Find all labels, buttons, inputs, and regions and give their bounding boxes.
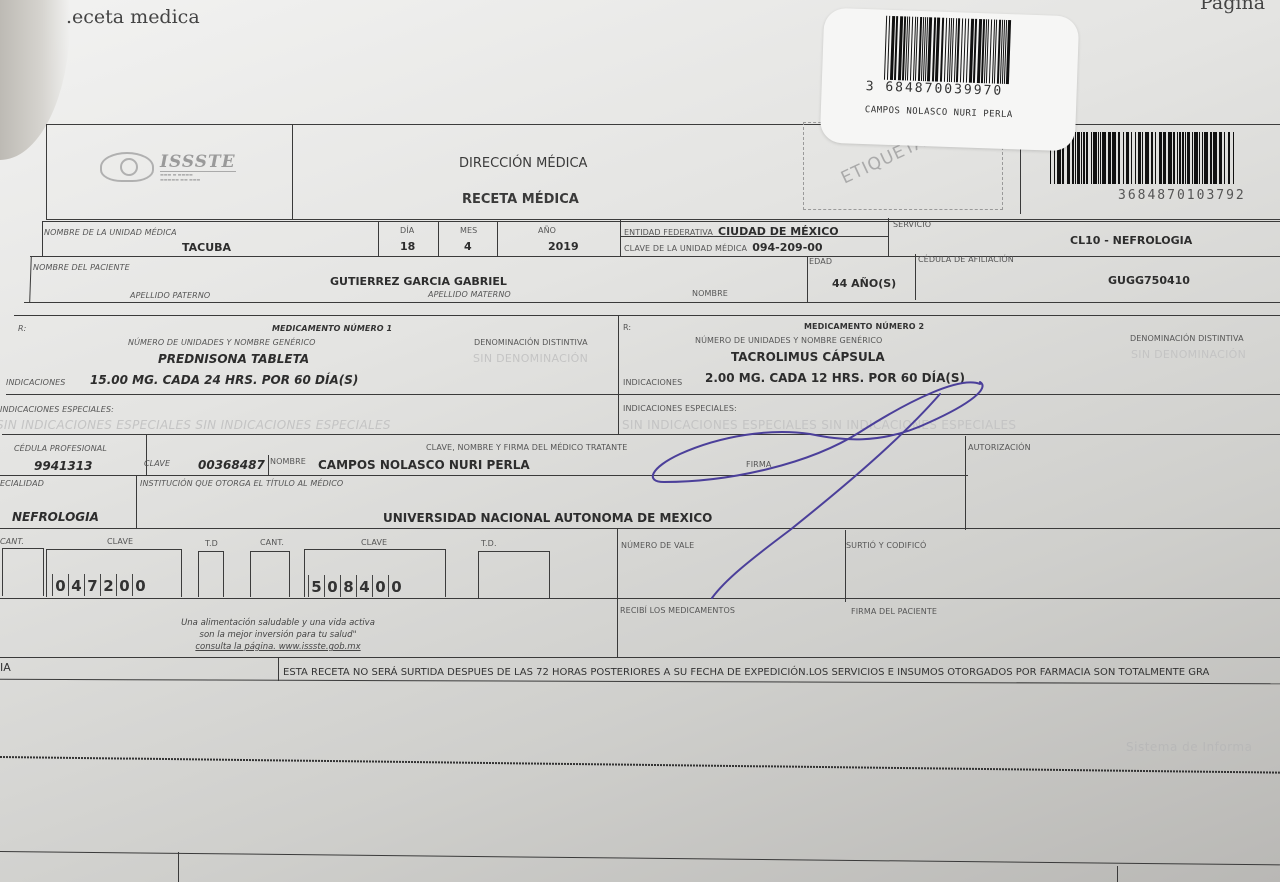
promo-line-2: son la mejor inversión para tu salud"	[158, 629, 398, 641]
maternal-label: APELLIDO MATERNO	[428, 290, 511, 299]
divider	[42, 221, 43, 256]
health-promo-text: Una alimentación saludable y una vida ac…	[158, 617, 398, 653]
divider	[29, 256, 32, 302]
divider	[30, 256, 1280, 257]
r-label: R:	[18, 324, 26, 333]
day-label: DÍA	[400, 226, 414, 235]
key-digit: 5	[308, 575, 324, 597]
divider	[915, 254, 916, 300]
divider	[278, 657, 279, 681]
divider	[14, 315, 1280, 316]
left-fragment: IA	[0, 661, 11, 674]
generic-label: NÚMERO DE UNIDADES Y NOMBRE GENÉRICO	[128, 338, 316, 347]
doctor-header-label: CLAVE, NOMBRE Y FIRMA DEL MÉDICO TRATANT…	[426, 443, 627, 452]
authorization-label: AUTORIZACIÓN	[968, 443, 1031, 452]
specialty-label: ECIALIDAD	[0, 479, 44, 488]
divider	[438, 221, 439, 256]
unit-name: TACUBA	[182, 241, 231, 254]
affiliation-label: CÉDULA DE AFILIACIÓN	[918, 255, 1014, 264]
td-label-2: T.D.	[481, 539, 497, 548]
key-digits-1: 047200	[52, 574, 148, 596]
perforation-line	[0, 756, 1280, 774]
divider	[497, 221, 498, 256]
divider	[6, 394, 1280, 395]
special-label: INDICACIONES ESPECIALES:	[623, 404, 737, 413]
generic-name: TACROLIMUS CÁPSULA	[731, 350, 885, 364]
age-label: EDAD	[809, 257, 832, 266]
key-digit: 0	[324, 575, 340, 597]
barcode-icon	[1050, 132, 1236, 184]
medication-heading: MEDICAMENTO NÚMERO 2	[804, 322, 924, 331]
institution-value: UNIVERSIDAD NACIONAL AUTONOMA DE MEXICO	[383, 511, 712, 525]
form-title: RECETA MÉDICA	[462, 192, 579, 207]
generic-name: PREDNISONA TABLETA	[158, 352, 309, 366]
expiry-warning: ESTA RECETA NO SERÁ SURTIDA DESPUES DE L…	[283, 667, 1209, 678]
divider	[136, 476, 137, 528]
indications-value: 2.00 MG. CADA 12 HRS. POR 60 DÍA(S)	[705, 371, 965, 385]
doctor-name-label: NOMBRE	[270, 457, 306, 466]
signature-label: FIRMA	[746, 460, 771, 469]
divider	[0, 528, 1280, 529]
generic-label: NÚMERO DE UNIDADES Y NOMBRE GENÉRICO	[695, 336, 882, 345]
unit-code-label: CLAVE DE LA UNIDAD MÉDICA	[624, 244, 747, 253]
specialty-value: NEFROLOGIA	[12, 510, 99, 524]
divider	[965, 436, 966, 530]
institution-label: INSTITUCIÓN QUE OTORGA EL TÍTULO AL MÉDI…	[140, 479, 343, 488]
supplied-label: SURTIÓ Y CODIFICÓ	[846, 541, 926, 550]
affiliation-value: GUGG750410	[1108, 274, 1190, 287]
system-footer-text: Sistema de Informa	[1126, 740, 1252, 754]
page-label: Pagina	[1200, 0, 1265, 14]
td-box-2[interactable]	[478, 551, 550, 599]
key-digit: 0	[132, 574, 148, 596]
special-value: SIN INDICACIONES ESPECIALES SIN INDICACI…	[0, 418, 391, 432]
divider	[620, 220, 621, 256]
month-label: MES	[460, 226, 477, 235]
year-value: 2019	[548, 240, 579, 253]
service-value: CL10 - NEFROLOGIA	[1070, 234, 1192, 247]
doctor-barcode-sticker: 3 684870039970 CAMPOS NOLASCO NURI PERLA	[820, 8, 1080, 152]
promo-line-1: Una alimentación saludable y una vida ac…	[158, 617, 398, 629]
license-label: CÉDULA PROFESIONAL	[14, 444, 107, 453]
divider	[0, 657, 1280, 658]
key-digit: 4	[68, 574, 84, 596]
issste-logo: ISSSTE ▬▬▬ ▬ ▬▬▬▬▬▬▬▬▬ ▬▬ ▬▬▬	[100, 152, 236, 182]
divider	[146, 434, 147, 476]
key-digit: 8	[340, 575, 356, 597]
r-label: R:	[623, 323, 631, 332]
divider	[2, 434, 1280, 435]
td-label-1: T.D	[205, 539, 218, 548]
paternal-label: APELLIDO PATERNO	[130, 291, 210, 300]
sticker-doctor-name: CAMPOS NOLASCO NURI PERLA	[865, 105, 1013, 120]
issste-hands-icon	[100, 152, 154, 182]
license-value: 9941313	[34, 459, 92, 473]
td-box-1[interactable]	[198, 551, 224, 597]
service-label: SERVICIO	[893, 220, 931, 229]
form-barcode-number: 3684870103792	[1118, 188, 1246, 203]
key-digit: 4	[356, 575, 372, 597]
logo-text: ISSSTE	[160, 153, 236, 172]
distinctive-value: SIN DENOMINACIÓN	[1131, 348, 1246, 361]
special-label: INDICACIONES ESPECIALES:	[0, 405, 114, 414]
unit-code-field: CLAVE DE LA UNIDAD MÉDICA 094-209-00	[624, 236, 823, 255]
indications-value: 15.00 MG. CADA 24 HRS. POR 60 DÍA(S)	[90, 373, 358, 387]
day-value: 18	[400, 240, 415, 253]
key-digit: 0	[52, 574, 68, 596]
distinctive-label: DENOMINACIÓN DISTINTIVA	[1130, 334, 1244, 343]
key-digit: 2	[100, 574, 116, 596]
divider	[24, 302, 1280, 303]
key-digit: 0	[388, 575, 404, 597]
special-value: SIN INDICACIONES ESPECIALES SIN INDICACI…	[622, 418, 1016, 432]
divider	[268, 455, 269, 475]
distinctive-value: SIN DENOMINACIÓN	[473, 352, 588, 365]
year-label: AÑO	[538, 226, 556, 235]
voucher-label: NÚMERO DE VALE	[621, 541, 694, 550]
barcode-icon	[884, 16, 1013, 84]
promo-link[interactable]: consulta la página. www.issste.gob.mx	[158, 641, 398, 653]
patient-name-label: NOMBRE DEL PACIENTE	[33, 263, 130, 272]
divider	[0, 598, 1280, 599]
logo-subtext: ▬▬▬ ▬ ▬▬▬▬▬▬▬▬▬ ▬▬ ▬▬▬	[160, 172, 236, 182]
month-value: 4	[464, 240, 472, 253]
key-digit: 7	[84, 574, 100, 596]
divider	[618, 315, 619, 435]
unit-code-value: 094-209-00	[752, 241, 822, 254]
divider	[888, 218, 889, 256]
qty-label-2: CANT.	[260, 538, 284, 547]
unit-name-label: NOMBRE DE LA UNIDAD MÉDICA	[44, 228, 177, 237]
indications-label: INDICACIONES	[6, 378, 65, 387]
indications-label: INDICACIONES	[623, 378, 682, 387]
age-value: 44 AÑO(S)	[832, 277, 896, 290]
patient-name: GUTIERREZ GARCIA GABRIEL	[330, 275, 507, 288]
form-barcode	[1050, 132, 1236, 184]
divider	[0, 851, 1280, 865]
doctor-key: 00368487	[198, 458, 265, 472]
doctor-name: CAMPOS NOLASCO NURI PERLA	[318, 458, 530, 472]
divider	[617, 528, 618, 658]
divider	[178, 852, 179, 882]
direction-title: DIRECCIÓN MÉDICA	[459, 156, 587, 171]
first-name-label: NOMBRE	[692, 289, 728, 298]
distinctive-label: DENOMINACIÓN DISTINTIVA	[474, 338, 588, 347]
medication-heading: MEDICAMENTO NÚMERO 1	[272, 324, 392, 333]
divider	[0, 475, 968, 476]
patient-signature-label: FIRMA DEL PACIENTE	[851, 607, 937, 616]
key-digit: 0	[116, 574, 132, 596]
qty-label-1: CANT.	[0, 537, 24, 546]
key-label-1: CLAVE	[107, 537, 133, 546]
quantity-box-1[interactable]	[2, 548, 44, 596]
quantity-box-2[interactable]	[250, 551, 290, 597]
key-digits-2: 508400	[308, 575, 404, 597]
divider	[0, 679, 1280, 684]
received-label: RECIBÍ LOS MEDICAMENTOS	[620, 606, 735, 615]
doctor-key-label: CLAVE	[144, 459, 170, 468]
divider	[807, 256, 808, 302]
divider	[292, 124, 293, 220]
key-label-2: CLAVE	[361, 538, 387, 547]
divider	[1117, 866, 1118, 882]
divider	[378, 221, 379, 256]
key-digit: 0	[372, 575, 388, 597]
sheet-title: .eceta medica	[66, 6, 200, 28]
